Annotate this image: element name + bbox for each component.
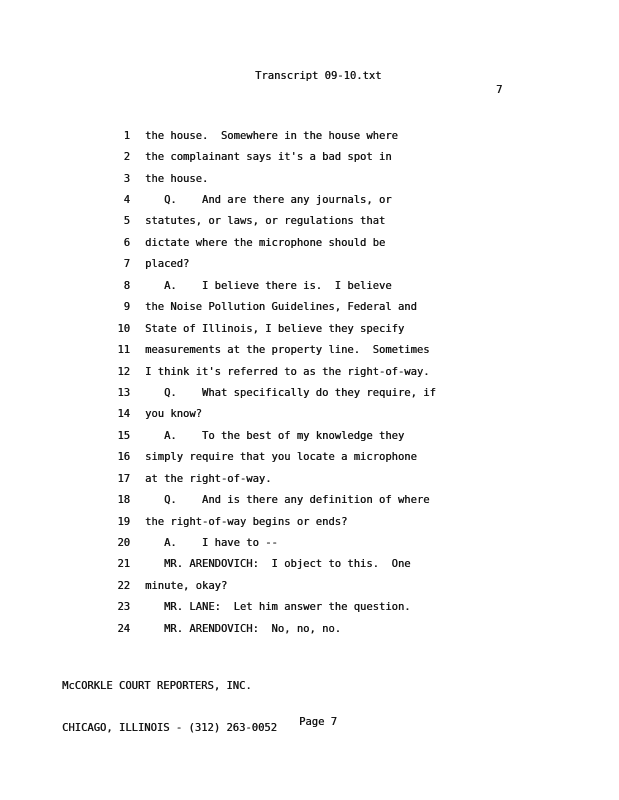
transcript-line: 20 A. I have to -- bbox=[0, 532, 619, 553]
transcript-line: 23 MR. LANE: Let him answer the question… bbox=[0, 597, 619, 618]
line-text: Q. And are there any journals, or bbox=[145, 194, 392, 206]
transcript-line: 1 the house. Somewhere in the house wher… bbox=[0, 125, 619, 146]
line-number: 4 bbox=[0, 194, 130, 206]
reporter-address: CHICAGO, ILLINOIS - (312) 263-0052 bbox=[62, 721, 277, 735]
line-text: the Noise Pollution Guidelines, Federal … bbox=[145, 301, 417, 313]
line-number: 11 bbox=[0, 344, 130, 356]
line-number: 20 bbox=[0, 537, 130, 549]
line-text: MR. ARENDOVICH: I object to this. One bbox=[145, 558, 411, 570]
transcript-line: 18 Q. And is there any definition of whe… bbox=[0, 489, 619, 510]
line-number: 21 bbox=[0, 558, 130, 570]
transcript-body: 1 the house. Somewhere in the house wher… bbox=[0, 125, 619, 640]
line-text: at the right-of-way. bbox=[145, 473, 271, 485]
transcript-line: 5 statutes, or laws, or regulations that bbox=[0, 211, 619, 232]
line-text: the house. bbox=[145, 173, 208, 185]
line-text: the right-of-way begins or ends? bbox=[145, 516, 347, 528]
line-number: 19 bbox=[0, 516, 130, 528]
transcript-line: 11 measurements at the property line. So… bbox=[0, 339, 619, 360]
reporter-footer: McCORKLE COURT REPORTERS, INC. CHICAGO, … bbox=[62, 651, 277, 763]
line-number: 2 bbox=[0, 151, 130, 163]
transcript-line: 14 you know? bbox=[0, 404, 619, 425]
line-number: 6 bbox=[0, 237, 130, 249]
line-text: measurements at the property line. Somet… bbox=[145, 344, 429, 356]
transcript-line: 7 placed? bbox=[0, 254, 619, 275]
line-number: 10 bbox=[0, 323, 130, 335]
transcript-line: 2 the complainant says it's a bad spot i… bbox=[0, 146, 619, 167]
line-text: the complainant says it's a bad spot in bbox=[145, 151, 392, 163]
transcript-line: 21 MR. ARENDOVICH: I object to this. One bbox=[0, 554, 619, 575]
transcript-line: 8 A. I believe there is. I believe bbox=[0, 275, 619, 296]
line-text: A. To the best of my knowledge they bbox=[145, 430, 404, 442]
transcript-line: 6 dictate where the microphone should be bbox=[0, 232, 619, 253]
line-text: you know? bbox=[145, 408, 202, 420]
transcript-page: Transcript 09-10.txt 7 1 the house. Some… bbox=[0, 0, 619, 800]
transcript-line: 10 State of Illinois, I believe they spe… bbox=[0, 318, 619, 339]
transcript-line: 24 MR. ARENDOVICH: No, no, no. bbox=[0, 618, 619, 639]
document-title: Transcript 09-10.txt bbox=[255, 70, 381, 82]
transcript-line: 9 the Noise Pollution Guidelines, Federa… bbox=[0, 297, 619, 318]
line-number: 5 bbox=[0, 215, 130, 227]
line-number: 12 bbox=[0, 366, 130, 378]
line-number: 13 bbox=[0, 387, 130, 399]
line-text: dictate where the microphone should be bbox=[145, 237, 385, 249]
line-text: simply require that you locate a microph… bbox=[145, 451, 417, 463]
line-number: 9 bbox=[0, 301, 130, 313]
line-text: MR. LANE: Let him answer the question. bbox=[145, 601, 411, 613]
line-number: 15 bbox=[0, 430, 130, 442]
transcript-line: 16 simply require that you locate a micr… bbox=[0, 447, 619, 468]
line-text: I think it's referred to as the right-of… bbox=[145, 366, 429, 378]
reporter-name: McCORKLE COURT REPORTERS, INC. bbox=[62, 679, 277, 693]
line-number: 22 bbox=[0, 580, 130, 592]
line-text: MR. ARENDOVICH: No, no, no. bbox=[145, 623, 341, 635]
line-text: Q. What specifically do they require, if bbox=[145, 387, 436, 399]
line-text: statutes, or laws, or regulations that bbox=[145, 215, 385, 227]
transcript-line: 17 at the right-of-way. bbox=[0, 468, 619, 489]
line-number: 1 bbox=[0, 130, 130, 142]
line-number: 23 bbox=[0, 601, 130, 613]
page-number-bottom: Page 7 bbox=[299, 716, 337, 728]
line-number: 8 bbox=[0, 280, 130, 292]
transcript-line: 19 the right-of-way begins or ends? bbox=[0, 511, 619, 532]
transcript-line: 22 minute, okay? bbox=[0, 575, 619, 596]
line-number: 16 bbox=[0, 451, 130, 463]
line-number: 17 bbox=[0, 473, 130, 485]
line-number: 3 bbox=[0, 173, 130, 185]
line-text: A. I have to -- bbox=[145, 537, 278, 549]
line-text: A. I believe there is. I believe bbox=[145, 280, 392, 292]
line-text: minute, okay? bbox=[145, 580, 227, 592]
transcript-line: 4 Q. And are there any journals, or bbox=[0, 189, 619, 210]
line-text: the house. Somewhere in the house where bbox=[145, 130, 398, 142]
line-text: State of Illinois, I believe they specif… bbox=[145, 323, 404, 335]
line-number: 18 bbox=[0, 494, 130, 506]
transcript-line: 15 A. To the best of my knowledge they bbox=[0, 425, 619, 446]
line-number: 7 bbox=[0, 258, 130, 270]
line-text: Q. And is there any definition of where bbox=[145, 494, 429, 506]
transcript-line: 12 I think it's referred to as the right… bbox=[0, 361, 619, 382]
page-number-top: 7 bbox=[496, 84, 502, 96]
transcript-line: 13 Q. What specifically do they require,… bbox=[0, 382, 619, 403]
line-number: 24 bbox=[0, 623, 130, 635]
line-text: placed? bbox=[145, 258, 189, 270]
transcript-line: 3 the house. bbox=[0, 168, 619, 189]
line-number: 14 bbox=[0, 408, 130, 420]
